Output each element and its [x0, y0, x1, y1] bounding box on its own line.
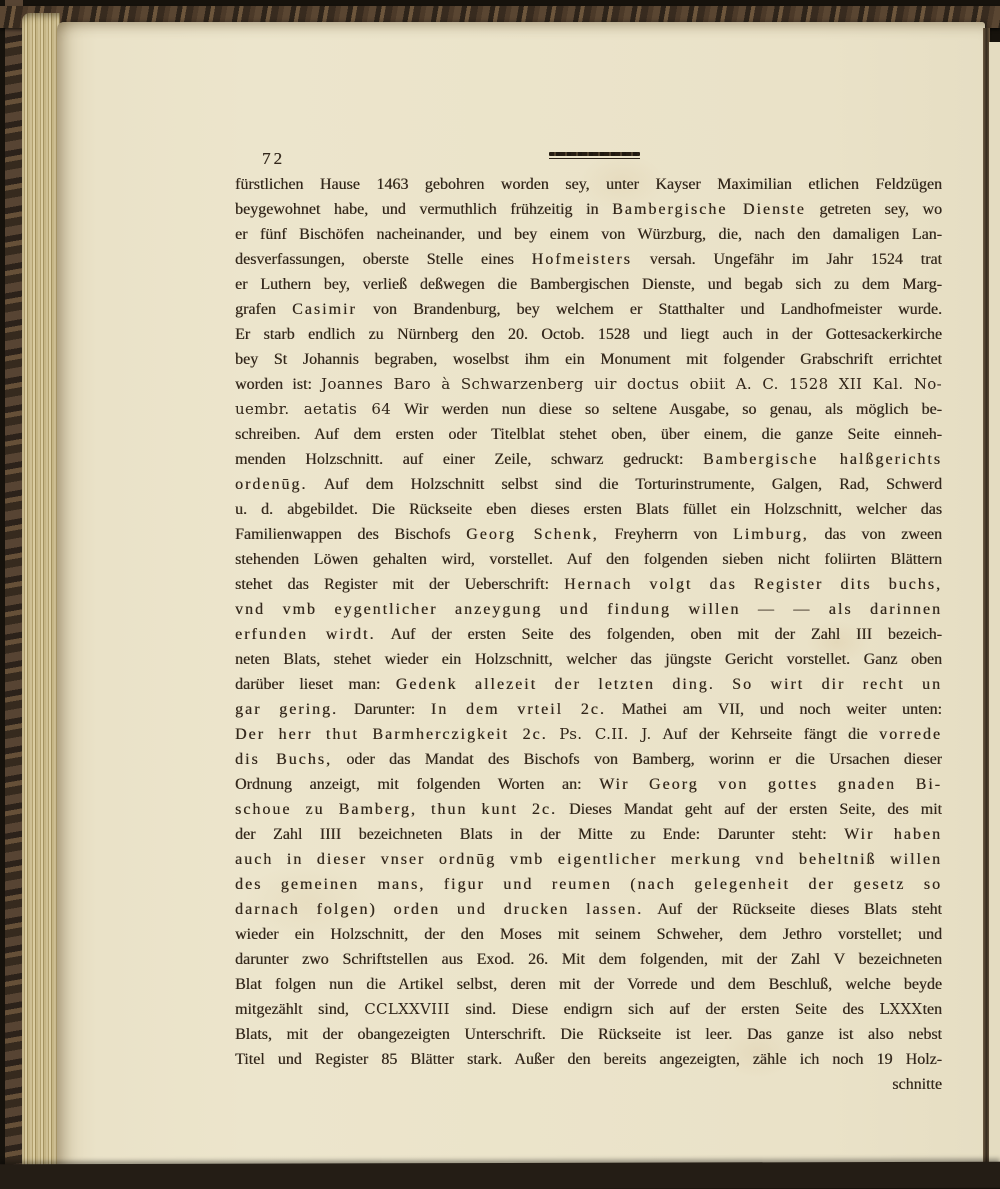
text-segment: Blats, mit der obangezeigten Unterschrif… — [235, 1026, 942, 1043]
text-segment: stehenden Löwen gehalten wird, vorstelle… — [235, 551, 942, 568]
text-segment: oder das Mandat des Bischofs von Bamberg… — [332, 751, 942, 768]
latin-text-segment: uembr. aetatis 64 — [235, 400, 391, 418]
text-segment: Er starb endlich zu Nürnberg den 20. Oct… — [235, 326, 942, 343]
text-segment: Dieses Mandat geht auf der ersten Seite,… — [557, 801, 942, 818]
text-line: schreiben. Auf dem ersten oder Titelblat… — [235, 422, 942, 447]
text-segment: fürstlichen Hause 1463 gebohren worden s… — [235, 176, 942, 193]
spaced-text-segment: schoue zu Bamberg, thun kunt 2c. — [235, 801, 557, 818]
spaced-text-segment: Der herr thut Barmherczigkeit 2c. — [235, 726, 548, 743]
text-line: darunter zwo Schriftstellen aus Exod. 26… — [235, 947, 942, 972]
latin-text-segment: CCLXXVIII — [364, 1000, 450, 1018]
text-segment: der Zahl IIII bezeichneten Blats in der … — [235, 826, 844, 843]
text-segment: Mathei am VII, und noch weiter unten: — [606, 701, 942, 718]
text-line: er fünf Bischöfen nacheinander, und bey … — [235, 222, 942, 247]
spaced-text-segment: Hofmeisters — [532, 251, 632, 268]
ornament-double-rule — [549, 152, 640, 159]
text-segment: neten Blats, stehet wieder ein Holzschni… — [235, 651, 942, 668]
text-segment: wieder ein Holzschnitt, der den Moses mi… — [235, 926, 942, 943]
text-line: bey St Johannis begraben, woselbst ihm e… — [235, 347, 942, 372]
spaced-text-segment: vnd vmb eygentlicher anzeygung und findu… — [235, 601, 942, 618]
spaced-text-segment: Bambergische Dienste — [612, 201, 806, 218]
text-segment: getreten sey, wo — [806, 201, 942, 218]
text-segment: sind. Diese endigrn sich auf der ersten … — [450, 1001, 879, 1018]
text-line: Ordnung anzeigt, mit folgenden Worten an… — [235, 772, 942, 797]
spaced-text-segment: ordenūg. — [235, 476, 307, 493]
page-fore-edge-stack — [22, 13, 60, 1173]
text-segment: Freyherrn von — [599, 526, 733, 543]
text-line: stehenden Löwen gehalten wird, vorstelle… — [235, 547, 942, 572]
spaced-text-segment: auch in dieser vnser ordnūg vmb eigentli… — [235, 851, 942, 868]
book-cover-left-edge — [5, 0, 23, 1189]
text-segment: u. d. abgebildet. Die Rückseite eben die… — [235, 501, 942, 518]
text-line: erfunden wirdt. Auf der ersten Seite des… — [235, 622, 942, 647]
text-segment: er fünf Bischöfen nacheinander, und bey … — [235, 226, 942, 243]
text-line: darnach folgen) orden und drucken lassen… — [235, 897, 942, 922]
text-line: schoue zu Bamberg, thun kunt 2c. Dieses … — [235, 797, 942, 822]
text-line: Er starb endlich zu Nürnberg den 20. Oct… — [235, 322, 942, 347]
ornament-rule-thick — [549, 152, 640, 156]
text-segment: mitgezählt sind, — [235, 1001, 364, 1018]
text-line: auch in dieser vnser ordnūg vmb eigentli… — [235, 847, 942, 872]
text-line: desverfassungen, oberste Stelle eines Ho… — [235, 247, 942, 272]
text-segment: bey St Johannis begraben, woselbst ihm e… — [235, 351, 942, 368]
text-line: Titel und Register 85 Blätter stark. Auß… — [235, 1047, 942, 1072]
spaced-text-segment: erfunden wirdt. — [235, 626, 376, 643]
text-line: stehet das Register mit der Ueberschrift… — [235, 572, 942, 597]
text-line: menden Holzschnitt. auf einer Zeile, sch… — [235, 447, 942, 472]
text-segment: Familienwappen des Bischofs — [235, 526, 466, 543]
text-line: fürstlichen Hause 1463 gebohren worden s… — [235, 172, 942, 197]
text-segment: das von zween — [809, 526, 942, 543]
text-segment: er Luthern bey, verließ deßwegen die Bam… — [235, 276, 942, 293]
spaced-text-segment: Bambergische halßgerichts — [703, 451, 942, 468]
text-segment: beygewohnet habe, und vermuthlich frühze… — [235, 201, 612, 218]
spaced-text-segment: dis Buchs, — [235, 751, 332, 768]
text-line: dis Buchs, oder das Mandat des Bischofs … — [235, 747, 942, 772]
text-line: schnitte — [235, 1072, 942, 1097]
text-line: uembr. aetatis 64 Wir werden nun diese s… — [235, 397, 942, 422]
text-line: beygewohnet habe, und vermuthlich frühze… — [235, 197, 942, 222]
text-line: neten Blats, stehet wieder ein Holzschni… — [235, 647, 942, 672]
text-line: grafen Casimir von Brandenburg, bey welc… — [235, 297, 942, 322]
latin-text-segment: LXXX — [879, 1000, 922, 1018]
text-segment: ten — [922, 1001, 942, 1018]
text-segment: grafen — [235, 301, 292, 318]
text-line: er Luthern bey, verließ deßwegen die Bam… — [235, 272, 942, 297]
page-number: 72 — [262, 149, 285, 169]
spaced-text-segment: darnach folgen) orden und drucken lassen… — [235, 901, 643, 918]
spaced-text-segment: des gemeinen mans, figur und reumen (nac… — [235, 876, 942, 893]
text-line: u. d. abgebildet. Die Rückseite eben die… — [235, 497, 942, 522]
text-segment: desverfassungen, oberste Stelle eines — [235, 251, 532, 268]
text-line: gar gering. Darunter: In dem vrteil 2c. … — [235, 697, 942, 722]
text-segment: Wir werden nun diese so seltene Ausgabe,… — [391, 401, 942, 418]
text-line: Der herr thut Barmherczigkeit 2c. Ps. C.… — [235, 722, 942, 747]
text-line: Familienwappen des Bischofs Georg Schenk… — [235, 522, 942, 547]
spaced-text-segment: In dem vrteil 2c. — [431, 701, 606, 718]
spaced-text-segment: Wir haben — [844, 826, 942, 843]
spaced-text-segment: Casimir — [292, 301, 357, 318]
scan-bottom-shadow — [0, 1162, 1000, 1189]
text-segment: menden Holzschnitt. auf einer Zeile, sch… — [235, 451, 703, 468]
text-segment: Blat folgen nun die Artikel selbst, dere… — [235, 976, 942, 993]
text-segment: schreiben. Auf dem ersten oder Titelblat… — [235, 426, 942, 443]
text-line: mitgezählt sind, CCLXXVIII sind. Diese e… — [235, 997, 942, 1022]
latin-text-segment: Joannes Baro à Schwarzenberg uir doctus … — [321, 375, 942, 393]
text-segment: Darunter: — [338, 701, 431, 718]
text-line: darüber lieset man: Gedenk allezeit der … — [235, 672, 942, 697]
text-line: Blats, mit der obangezeigten Unterschrif… — [235, 1022, 942, 1047]
text-segment: worden ist: — [235, 376, 321, 393]
body-text-block: fürstlichen Hause 1463 gebohren worden s… — [235, 172, 942, 1097]
text-line: des gemeinen mans, figur und reumen (nac… — [235, 872, 942, 897]
text-line: wieder ein Holzschnitt, der den Moses mi… — [235, 922, 942, 947]
latin-text-segment: Ps. C.II. J. — [559, 725, 651, 743]
text-segment: Titel und Register 85 Blätter stark. Auß… — [235, 1051, 942, 1068]
ornament-rule-thin — [549, 158, 640, 160]
text-segment: Auf der ersten Seite des folgenden, oben… — [376, 626, 943, 643]
next-page-sliver — [989, 42, 1000, 1164]
text-line: ordenūg. Auf dem Holzschnitt selbst sind… — [235, 472, 942, 497]
spaced-text-segment: Gedenk allezeit der letzten ding. So wir… — [396, 676, 942, 693]
text-segment: Auf der Kehrseite fängt die — [652, 726, 880, 743]
text-segment: Auf der Rückseite dieses Blats steht — [643, 901, 942, 918]
spaced-text-segment: Limburg, — [733, 526, 809, 543]
spaced-text-segment: vorrede — [879, 726, 942, 743]
text-segment: Auf dem Holzschnitt selbst sind die Tort… — [307, 476, 942, 493]
text-segment: darunter zwo Schriftstellen aus Exod. 26… — [235, 951, 942, 968]
spaced-text-segment: Wir Georg von gottes gnaden Bi- — [599, 776, 942, 793]
text-segment: versah. Ungefähr im Jahr 1524 trat — [632, 251, 942, 268]
text-segment: schnitte — [892, 1076, 942, 1093]
text-line: worden ist: Joannes Baro à Schwarzenberg… — [235, 372, 942, 397]
text-segment: Ordnung anzeigt, mit folgenden Worten an… — [235, 776, 599, 793]
text-segment: stehet das Register mit der Ueberschrift… — [235, 576, 564, 593]
text-line: vnd vmb eygentlicher anzeygung und findu… — [235, 597, 942, 622]
text-segment: von Brandenburg, bey welchem er Statthal… — [357, 301, 942, 318]
spaced-text-segment: Georg Schenk, — [466, 526, 599, 543]
spaced-text-segment: Hernach volgt das Register dits buchs, — [564, 576, 942, 593]
text-line: Blat folgen nun die Artikel selbst, dere… — [235, 972, 942, 997]
text-segment: darüber lieset man: — [235, 676, 396, 693]
text-segment — [548, 726, 560, 743]
book-page: 72 fürstlichen Hause 1463 gebohren worde… — [57, 22, 985, 1170]
text-line: der Zahl IIII bezeichneten Blats in der … — [235, 822, 942, 847]
spaced-text-segment: gar gering. — [235, 701, 338, 718]
